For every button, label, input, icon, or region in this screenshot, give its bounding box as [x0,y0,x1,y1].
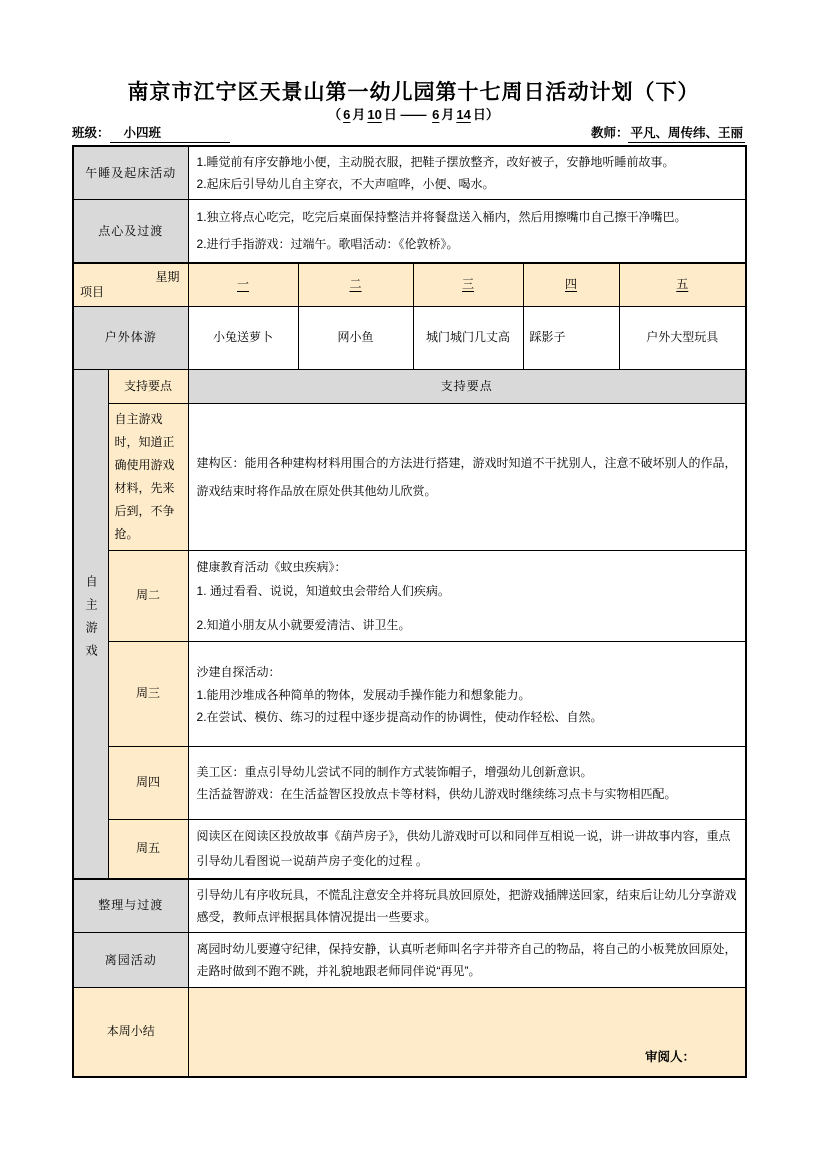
day-header-tue: 二 [298,263,413,306]
freeplay-tue-content: 健康教育活动《蚊虫疾病》： 1. 通过看看、说说，知道蚊虫会带给人们疾病。 2.… [188,550,746,641]
tidy-label: 整理与过渡 [73,879,188,933]
corner-week-label: 星期 [156,269,180,286]
nap-line: 2.起床后引导幼儿自主穿衣，不大声喧哗，小便、喝水。 [197,173,738,195]
tidy-content: 引导幼儿有序收玩具，不慌乱注意安全并将玩具放回原处，把游戏插牌送回家，结束后让幼… [188,879,746,933]
leave-text: 离园时幼儿要遵守纪律，保持安静，认真听老师叫名字并带齐自己的物品，将自己的小板凳… [197,938,738,982]
support-left-header: 支持要点 [108,369,188,403]
row-support-header: 自主游戏 支持要点 支持要点 [73,369,746,403]
freeplay-wed-line: 2.在尝试、模仿、练习的过程中逐步提高动作的协调性，使动作轻松、自然。 [197,706,738,728]
day-header-mon: 一 [188,263,298,306]
outdoor-activity-tue: 网小鱼 [298,306,413,369]
row-freeplay-rule: 自主游戏时，知道正确使用游戏材料，先来后到，不争抢。 建构区：能用各种建构材料用… [73,403,746,550]
outdoor-activity-wed: 城门城门几丈高 [413,306,523,369]
freeplay-wed-content: 沙建自探活动： 1.能用沙堆成各种简单的物体，发展动手操作能力和想象能力。 2.… [188,641,746,746]
snack-line: 2.进行手指游戏：过端午。歌唱活动：《伦敦桥》。 [197,231,738,258]
subtitle-month2-unit: 月 [441,107,454,122]
subtitle-close: ） [486,107,499,122]
meta-row: 班级：小四班 教师：平凡、周传纬、王丽 [72,123,745,143]
corner-item-label: 项目 [80,284,104,301]
nap-content: 1.睡觉前有序安静地小便，主动脱衣服，把鞋子摆放整齐，改好被子，安静地听睡前故事… [188,146,746,200]
class-value: 小四班 [110,123,230,143]
freeplay-rule-text: 建构区：能用各种建构材料用围合的方法进行搭建，游戏时知道不干扰别人，注意不破坏别… [197,449,738,505]
freeplay-fri-label: 周五 [108,819,188,879]
row-freeplay-wed: 周三 沙建自探活动： 1.能用沙堆成各种简单的物体，发展动手操作能力和想象能力。… [73,641,746,746]
page-subtitle: （6月10日 —— 6月14日） [0,104,827,123]
teacher-value: 平凡、周传纬、王丽 [628,123,745,143]
subtitle-day2-unit: 日 [473,107,486,122]
summary-label: 本周小结 [73,988,188,1077]
freeplay-tue-line: 2.知道小朋友从小就要爱清洁、讲卫生。 [197,613,738,637]
page-title: 南京市江宁区天景山第一幼儿园第十七周日活动计划（下） [0,76,827,106]
subtitle-day1: 10 [365,107,383,122]
leave-label: 离园活动 [73,933,188,988]
nap-label: 午睡及起床活动 [73,146,188,200]
row-tidy: 整理与过渡 引导幼儿有序收玩具，不慌乱注意安全并将玩具放回原处，把游戏插牌送回家… [73,879,746,933]
freeplay-tue-line: 健康教育活动《蚊虫疾病》： [197,555,738,579]
freeplay-thu-content: 美工区：重点引导幼儿尝试不同的制作方式装饰帽子，增强幼儿创新意识。 生活益智游戏… [188,746,746,819]
freeplay-wed-line: 1.能用沙堆成各种简单的物体，发展动手操作能力和想象能力。 [197,684,738,706]
freeplay-thu-line: 美工区：重点引导幼儿尝试不同的制作方式装饰帽子，增强幼儿创新意识。 [197,761,738,783]
schedule-table: 午睡及起床活动 1.睡觉前有序安静地小便，主动脱衣服，把鞋子摆放整齐，改好被子，… [72,145,747,1078]
row-freeplay-thu: 周四 美工区：重点引导幼儿尝试不同的制作方式装饰帽子，增强幼儿创新意识。 生活益… [73,746,746,819]
freeplay-tue-label: 周二 [108,550,188,641]
row-nap: 午睡及起床活动 1.睡觉前有序安静地小便，主动脱衣服，把鞋子摆放整齐，改好被子，… [73,146,746,200]
freeplay-tue-line: 1. 通过看看、说说，知道蚊虫会带给人们疾病。 [197,579,738,603]
freeplay-rule-label: 自主游戏时，知道正确使用游戏材料，先来后到，不争抢。 [108,403,188,550]
freeplay-wed-line: 沙建自探活动： [197,660,738,684]
outdoor-label: 户外体游 [73,306,188,369]
day-header-thu: 四 [523,263,619,306]
freeplay-side-label-cell: 自主游戏 [73,369,108,879]
subtitle-month2: 6 [430,107,441,122]
outdoor-activity-thu: 踩影子 [523,306,619,369]
day-header-wed: 三 [413,263,523,306]
freeplay-thu-label: 周四 [108,746,188,819]
freeplay-fri-text: 阅读区在阅读区投放故事《葫芦房子》，供幼儿游戏时可以和同伴互相说一说，讲一讲故事… [197,824,738,874]
outdoor-activity-fri: 户外大型玩具 [619,306,746,369]
row-freeplay-tue: 周二 健康教育活动《蚊虫疾病》： 1. 通过看看、说说，知道蚊虫会带给人们疾病。… [73,550,746,641]
tidy-text: 引导幼儿有序收玩具，不慌乱注意安全并将玩具放回原处，把游戏插牌送回家，结束后让幼… [197,884,738,928]
nap-line: 1.睡觉前有序安静地小便，主动脱衣服，把鞋子摆放整齐，改好被子，安静地听睡前故事… [197,151,738,173]
subtitle-day1-unit: 日 [384,107,397,122]
class-field: 班级：小四班 [72,123,230,143]
subtitle-open: （ [328,107,341,122]
class-label: 班级： [72,126,110,140]
freeplay-rule-content: 建构区：能用各种建构材料用围合的方法进行搭建，游戏时知道不干扰别人，注意不破坏别… [188,403,746,550]
row-leave: 离园活动 离园时幼儿要遵守纪律，保持安静，认真听老师叫名字并带齐自己的物品，将自… [73,933,746,988]
teacher-field: 教师：平凡、周传纬、王丽 [591,123,745,143]
support-right-header: 支持要点 [188,369,746,403]
snack-line: 1.独立将点心吃完，吃完后桌面保持整洁并将餐盘送入桶内，然后用擦嘴巾自己擦干净嘴… [197,204,738,231]
freeplay-fri-content: 阅读区在阅读区投放故事《葫芦房子》，供幼儿游戏时可以和同伴互相说一说，讲一讲故事… [188,819,746,879]
row-snack: 点心及过渡 1.独立将点心吃完，吃完后桌面保持整洁并将餐盘送入桶内，然后用擦嘴巾… [73,200,746,264]
document-page: 南京市江宁区天景山第一幼儿园第十七周日活动计划（下） （6月10日 —— 6月1… [0,0,827,1170]
freeplay-side-label: 自主游戏 [82,575,99,667]
subtitle-month1: 6 [341,107,352,122]
teacher-label: 教师： [591,126,629,140]
leave-content: 离园时幼儿要遵守纪律，保持安静，认真听老师叫名字并带齐自己的物品，将自己的小板凳… [188,933,746,988]
day-header-fri: 五 [619,263,746,306]
freeplay-wed-label: 周三 [108,641,188,746]
outdoor-activity-mon: 小兔送萝卜 [188,306,298,369]
reviewer-field: 审阅人： [645,1047,695,1065]
snack-label: 点心及过渡 [73,200,188,264]
row-freeplay-fri: 周五 阅读区在阅读区投放故事《葫芦房子》，供幼儿游戏时可以和同伴互相说一说，讲一… [73,819,746,879]
row-outdoor: 户外体游 小兔送萝卜 网小鱼 城门城门几丈高 踩影子 户外大型玩具 [73,306,746,369]
row-week-header: 星期 项目 一 二 三 四 五 [73,263,746,306]
subtitle-month1-unit: 月 [352,107,365,122]
subtitle-dash: —— [401,107,427,122]
week-corner-cell: 星期 项目 [73,263,188,306]
subtitle-day2: 14 [454,107,472,122]
freeplay-thu-line: 生活益智游戏：在生活益智区投放点卡等材料，供幼儿游戏时继续练习点卡与实物相匹配。 [197,783,738,805]
snack-content: 1.独立将点心吃完，吃完后桌面保持整洁并将餐盘送入桶内，然后用擦嘴巾自己擦干净嘴… [188,200,746,264]
